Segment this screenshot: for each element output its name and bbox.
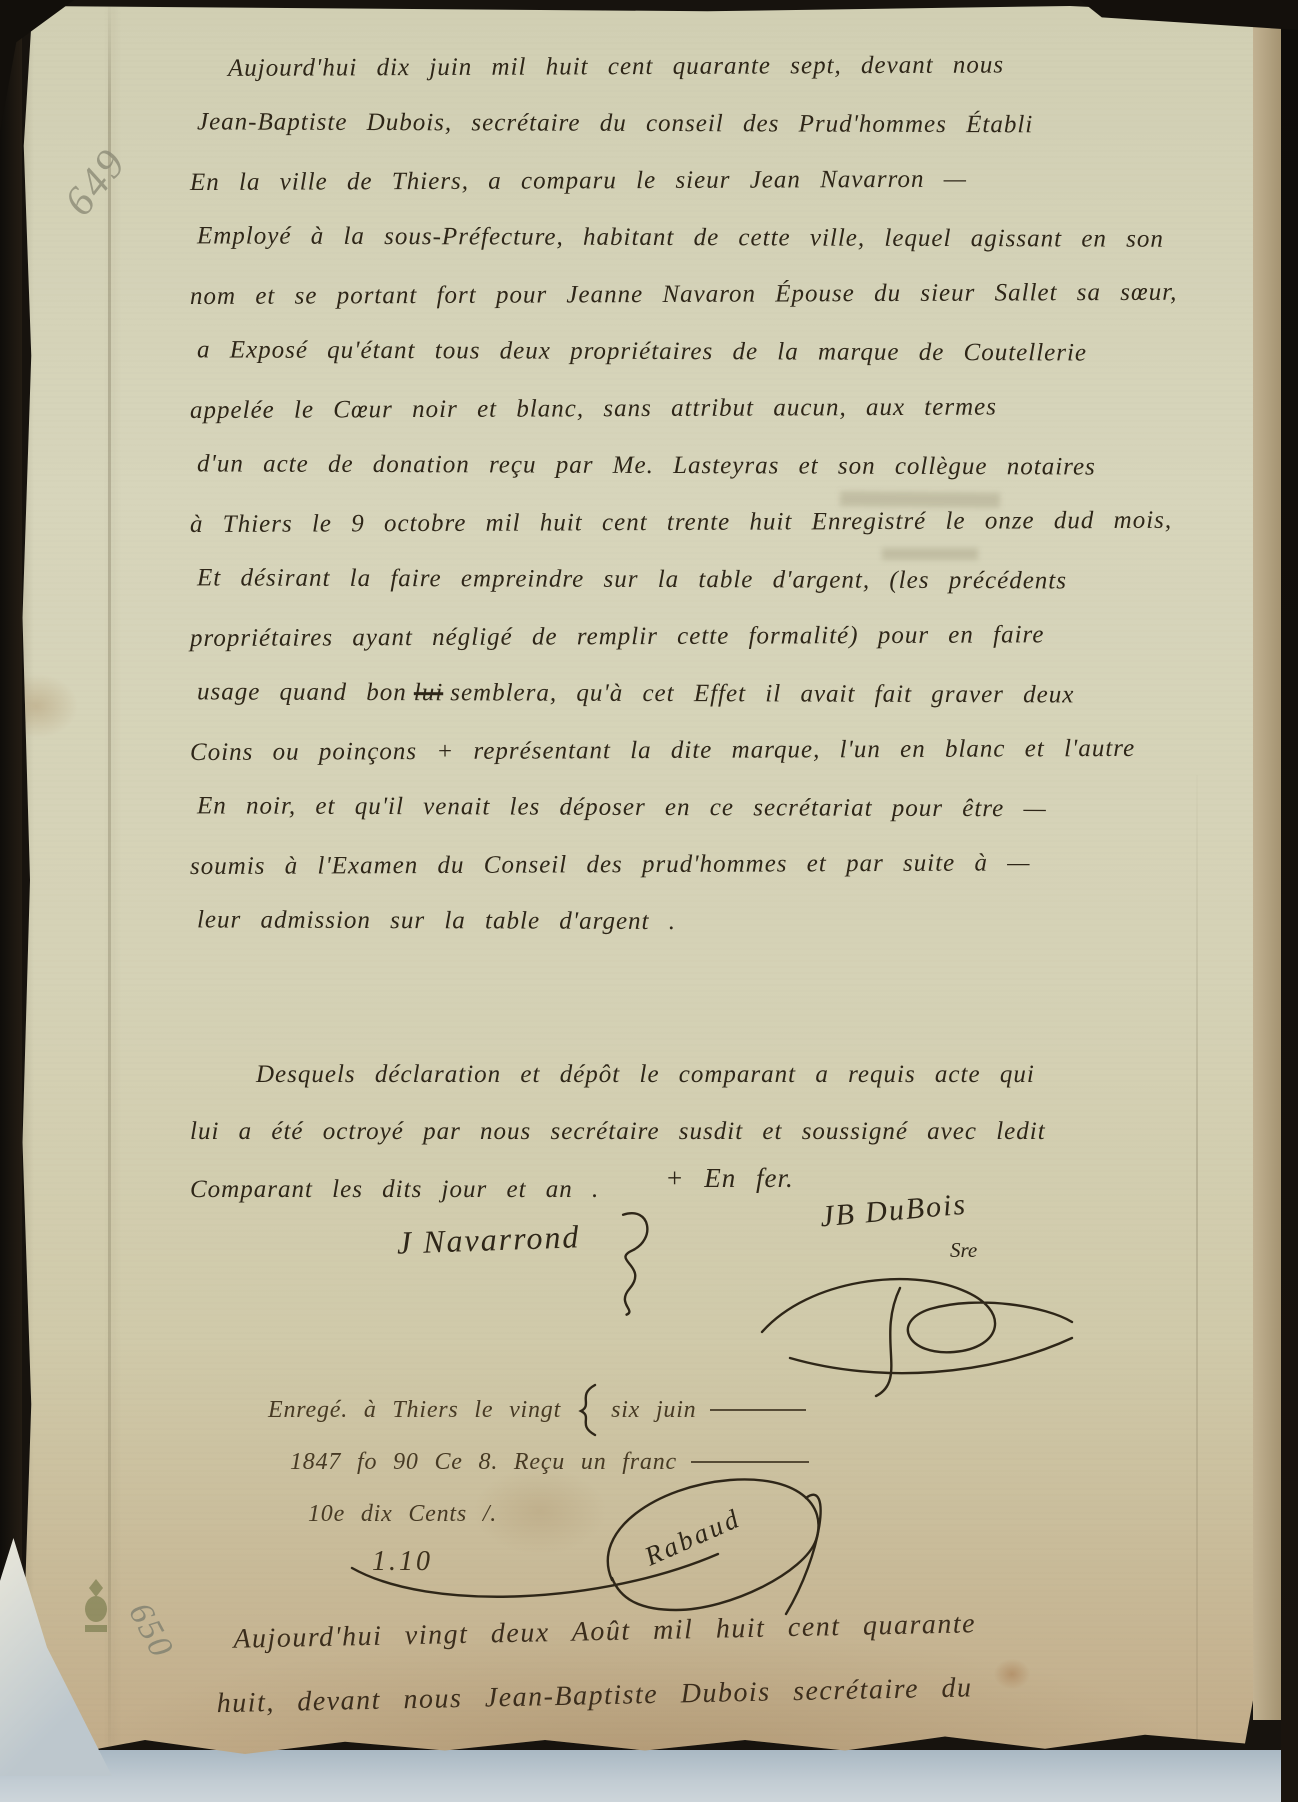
line-text: semblera, qu'à cet Effet il avait fait g… [450,679,1074,708]
act-1847-paragraph: Aujourd'hui dix juin mil huit cent quara… [190,38,1120,950]
navarron-paraph-flourish [585,1205,663,1320]
manuscript-line-with-correction: usage quand bonluisemblera, qu'à cet Eff… [197,663,1120,723]
folio-number-top: 649 [55,139,137,225]
manuscript-line: Aujourd'hui dix juin mil huit cent quara… [190,36,1120,97]
adjacent-page-edge [1253,24,1283,1720]
signature-dubois-title: Sre [950,1238,977,1263]
pen-rule [710,1409,806,1411]
registration-line: Enregé. à Thiers le vingt six juin [268,1384,809,1436]
manuscript-line: Desquels déclaration et dépôt le compara… [190,1046,1046,1103]
manuscript-line: En la ville de Thiers, a comparu le sieu… [190,150,1120,211]
dubois-paraph-flourish [750,1262,1080,1402]
line-text: Enregé. à Thiers le vingt [268,1384,561,1436]
manuscript-line: Employé à la sous-Préfecture, habitant d… [197,207,1120,267]
manuscript-line: propriétaires ayant négligé de remplir c… [190,606,1120,667]
paper-fold-crease-left [108,6,111,1754]
control-stamp-icon [78,1576,114,1640]
folio-number-bottom: 650 [120,1597,180,1665]
manuscript-line: Jean-Baptiste Dubois, secrétaire du cons… [197,93,1120,153]
manuscript-line: Coins ou poinçons + représentant la dite… [190,720,1120,781]
scan-dark-edge-left [0,0,22,1740]
manuscript-line: En noir, et qu'il venait les déposer en … [197,777,1120,837]
manuscript-line: a Exposé qu'étant tous deux propriétaire… [197,321,1120,381]
manuscript-page: 649 650 Aujourd'hui dix juin mil huit ce… [20,6,1270,1754]
signature-navarron: J Navarrond [396,1215,663,1326]
manuscript-line: d'un acte de donation reçu par Me. Laste… [197,435,1120,495]
signature-name: J Navarrond [396,1218,581,1261]
manuscript-line: lui a été octroyé par nous secrétaire su… [190,1103,1046,1160]
insertion-brace-flourish [571,1381,601,1439]
scanner-bed [0,1750,1298,1802]
manuscript-line: appelée le Cœur noir et blanc, sans attr… [190,378,1120,439]
line-text: six juin [611,1384,696,1436]
manuscript-line: Et désirant la faire empreindre sur la t… [197,549,1120,609]
line-text: Comparant les dits jour et an . [190,1161,599,1218]
document-scan: 649 650 Aujourd'hui dix juin mil huit ce… [0,0,1298,1802]
manuscript-line: leur admission sur la table d'argent . [197,891,1120,951]
marginal-insertion-note: + En fer. [665,1150,793,1207]
manuscript-line: soumis à l'Examen du Conseil des prud'ho… [190,834,1120,895]
struck-word: lui [414,679,444,706]
manuscript-line: à Thiers le 9 octobre mil huit cent tren… [190,492,1120,553]
manuscript-line: nom et se portant fort pour Jeanne Navar… [190,264,1120,325]
line-text: usage quand bon [197,678,407,706]
paper-fold-crease-right [1196,775,1198,1754]
scan-dark-edge-right [1281,0,1298,1802]
act-1848-paragraph: Aujourd'hui vingt deux Août mil huit cen… [233,1592,978,1736]
